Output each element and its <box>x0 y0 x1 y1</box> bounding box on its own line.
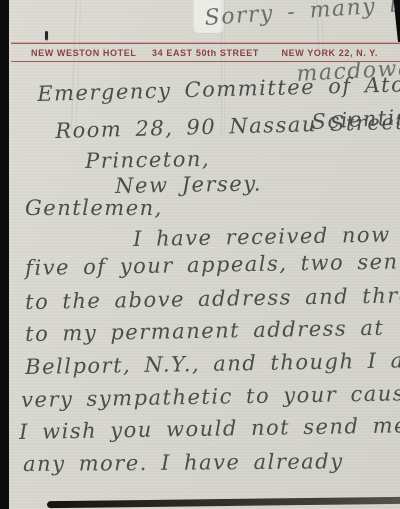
letter-line: to my permanent address at <box>25 318 385 345</box>
letter-line: Emergency Committee of Atomic. <box>37 73 400 105</box>
letterhead-hotel-name: NEW WESTON HOTEL <box>31 48 136 58</box>
letter-photo: Sorry - many lists NEW WESTON HOTEL 34 E… <box>0 0 400 509</box>
letterhead-city: NEW YORK 22, N. Y. <box>282 48 379 58</box>
letter-line: Gentlemen, <box>25 198 163 219</box>
letterhead: NEW WESTON HOTEL 34 EAST 50th STREET NEW… <box>11 46 400 60</box>
letter-line: I have received now <box>133 225 391 250</box>
photo-edge-left <box>0 0 9 509</box>
letter-line: very sympathetic to your cause, <box>21 383 400 411</box>
letter-line: any more. I have already <box>23 451 344 475</box>
letter-line: New Jersey. <box>115 173 262 197</box>
letter-line: five of your appeals, two sent <box>25 251 400 279</box>
crease-mark <box>71 0 82 130</box>
letter-line: I wish you would not send me <box>19 415 400 443</box>
letter-line: Bellport, N.Y., and though I am <box>25 350 400 378</box>
letter-line: Princeton, <box>85 149 210 172</box>
pinhole-mark <box>45 31 48 40</box>
stationery-paper: Sorry - many lists NEW WESTON HOTEL 34 E… <box>9 0 400 509</box>
letterhead-street-address: 34 EAST 50th STREET <box>152 48 259 58</box>
letterhead-rule-top <box>11 43 400 44</box>
letter-line: to the above address and three <box>25 285 400 313</box>
page-bottom-shadow <box>47 497 400 508</box>
pencil-note-top: Sorry - many lists <box>204 0 400 30</box>
letter-line: Room 28, 90 Nassau Street, <box>55 112 400 142</box>
